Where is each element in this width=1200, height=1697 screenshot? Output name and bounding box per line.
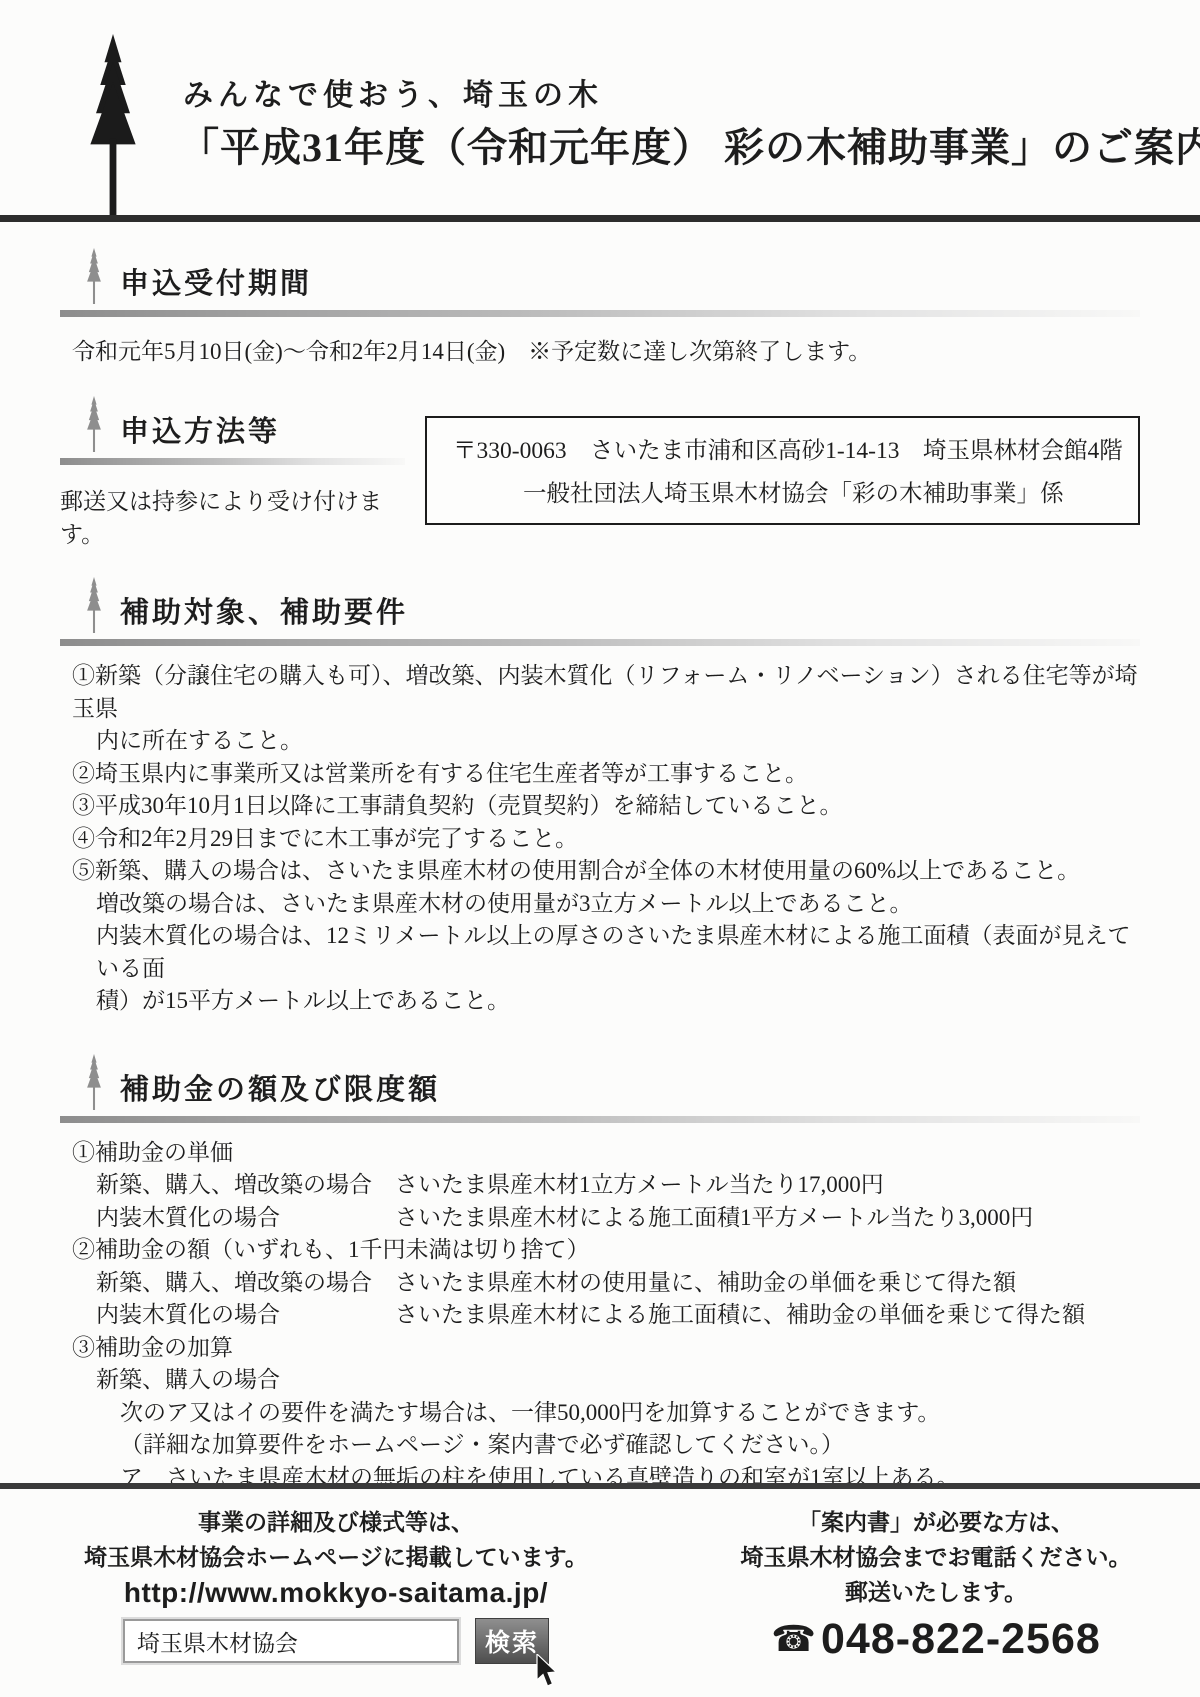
document-page: みんなで使おう、埼玉の木 「平成31年度（令和元年度） 彩の木補助事業」のご案内… (0, 0, 1200, 1697)
section-header: 申込受付期間 (60, 248, 1140, 304)
requirement-line: 内装木質化の場合は、12ミリメートル以上の厚さのさいたま県産木材による施工面積（… (60, 920, 1140, 985)
section-heading: 補助対象、補助要件 (120, 590, 408, 631)
section-heading: 申込受付期間 (120, 261, 312, 302)
address-line: 一般社団法人埼玉県木材協会「彩の木補助事業」係 (427, 474, 1138, 508)
tree-logo-icon (84, 34, 142, 218)
period-text: 令和元年5月10日(金)～令和2年2月14日(金) ※予定数に達し次第終了します… (72, 333, 1140, 366)
section-rule (60, 310, 1140, 317)
amount-line: 内装木質化の場合 さいたま県産木材による施工面積に、補助金の単価を乗じて得た額 (60, 1299, 1140, 1332)
search-input-value: 埼玉県木材協会 (137, 1625, 298, 1658)
phone-number-text: 048-822-2568 (821, 1615, 1101, 1663)
amount-line: 新築、購入、増改築の場合 さいたま県産木材1立方メートル当たり17,000円 (60, 1169, 1140, 1202)
website-url: http://www.mokkyo-saitama.jp/ (0, 1575, 672, 1610)
footer-columns: 事業の詳細及び様式等は、 埼玉県木材協会ホームページに掲載しています。 http… (0, 1483, 1200, 1664)
tree-icon (80, 577, 108, 633)
section-application-method: 申込方法等 郵送又は持参により受け付けます。 〒330-0063 さいたま市浦和… (60, 396, 1140, 549)
document-body: 申込受付期間 令和元年5月10日(金)～令和2年2月14日(金) ※予定数に達し… (0, 248, 1200, 1689)
document-title: 「平成31年度（令和元年度） 彩の木補助事業」のご案内 (179, 116, 1200, 173)
amount-line: 新築、購入、増改築の場合 さいたま県産木材の使用量に、補助金の単価を乗じて得た額 (60, 1267, 1140, 1300)
address-box: 〒330-0063 さいたま市浦和区高砂1-14-13 埼玉県林材会館4階 一般… (425, 416, 1140, 525)
section-header: 補助金の額及び限度額 (60, 1054, 1140, 1110)
footer-right-text: 埼玉県木材協会までお電話ください。 (672, 1540, 1200, 1575)
address-line: 〒330-0063 さいたま市浦和区高砂1-14-13 埼玉県林材会館4階 (427, 431, 1138, 465)
method-left-column: 申込方法等 郵送又は持参により受け付けます。 (60, 396, 425, 549)
section-rule (60, 1116, 1140, 1123)
section-heading: 補助金の額及び限度額 (120, 1067, 440, 1108)
method-text: 郵送又は持参により受け付けます。 (60, 483, 425, 549)
amount-line: ①補助金の単価 (60, 1137, 1140, 1170)
footer-left-column: 事業の詳細及び様式等は、 埼玉県木材協会ホームページに掲載しています。 http… (0, 1505, 672, 1664)
section-header: 補助対象、補助要件 (60, 577, 1140, 633)
requirement-line: ⑤新築、購入の場合は、さいたま県産木材の使用割合が全体の木材使用量の60%以上で… (60, 855, 1140, 888)
phone-icon: ☎ (771, 1618, 817, 1659)
document-footer: 事業の詳細及び様式等は、 埼玉県木材協会ホームページに掲載しています。 http… (0, 1483, 1200, 1697)
requirement-line: ②埼玉県内に事業所又は営業所を有する住宅生産者等が工事すること。 (60, 758, 1140, 791)
amount-line: ②補助金の額（いずれも、1千円未満は切り捨て） (60, 1234, 1140, 1267)
cursor-icon (533, 1654, 561, 1690)
amount-line: 新築、購入の場合 (60, 1364, 1140, 1397)
section-requirements: 補助対象、補助要件 ①新築（分譲住宅の購入も可）、増改築、内装木質化（リフォーム… (60, 577, 1140, 1018)
header-tagline: みんなで使おう、埼玉の木 (183, 70, 603, 114)
amount-line: ③補助金の加算 (60, 1332, 1140, 1365)
footer-left-text: 埼玉県木材協会ホームページに掲載しています。 (0, 1540, 672, 1575)
amount-line: （詳細な加算要件をホームページ・案内書で必ず確認してください。） (60, 1429, 1140, 1462)
section-rule (60, 639, 1140, 646)
footer-separator (0, 1483, 1200, 1489)
header-separator (0, 215, 1200, 222)
footer-right-text: 「案内書」が必要な方は、 (672, 1505, 1200, 1540)
section-rule (60, 458, 405, 465)
tree-icon (80, 1054, 108, 1110)
amount-line: 次のア又はイの要件を満たす場合は、一律50,000円を加算することができます。 (60, 1397, 1140, 1430)
footer-left-text: 事業の詳細及び様式等は、 (0, 1505, 672, 1540)
amount-line: 内装木質化の場合 さいたま県産木材による施工面積1平方メートル当たり3,000円 (60, 1202, 1140, 1235)
requirement-line: 積）が15平方メートル以上であること。 (60, 985, 1140, 1018)
section-application-period: 申込受付期間 令和元年5月10日(金)～令和2年2月14日(金) ※予定数に達し… (60, 248, 1140, 366)
requirements-list: ①新築（分譲住宅の購入も可）、増改築、内装木質化（リフォーム・リノベーション）さ… (60, 660, 1140, 1018)
section-header: 申込方法等 (60, 396, 425, 452)
footer-right-text: 郵送いたします。 (672, 1575, 1200, 1610)
phone-number: ☎048-822-2568 (672, 1614, 1200, 1664)
search-widget: 埼玉県木材協会 検索 (123, 1618, 549, 1664)
document-header: みんなで使おう、埼玉の木 「平成31年度（令和元年度） 彩の木補助事業」のご案内 (0, 0, 1200, 222)
tree-icon (80, 396, 108, 452)
footer-right-column: 「案内書」が必要な方は、 埼玉県木材協会までお電話ください。 郵送いたします。 … (672, 1505, 1200, 1664)
tree-icon (80, 248, 108, 304)
search-input[interactable]: 埼玉県木材協会 (123, 1619, 459, 1663)
requirement-line: 増改築の場合は、さいたま県産木材の使用量が3立方メートル以上であること。 (60, 888, 1140, 921)
requirement-line: 内に所在すること。 (60, 725, 1140, 758)
requirement-line: ③平成30年10月1日以降に工事請負契約（売買契約）を締結していること。 (60, 790, 1140, 823)
section-heading: 申込方法等 (120, 409, 280, 450)
requirement-line: ④令和2年2月29日までに木工事が完了すること。 (60, 823, 1140, 856)
requirement-line: ①新築（分譲住宅の購入も可）、増改築、内装木質化（リフォーム・リノベーション）さ… (60, 660, 1140, 725)
